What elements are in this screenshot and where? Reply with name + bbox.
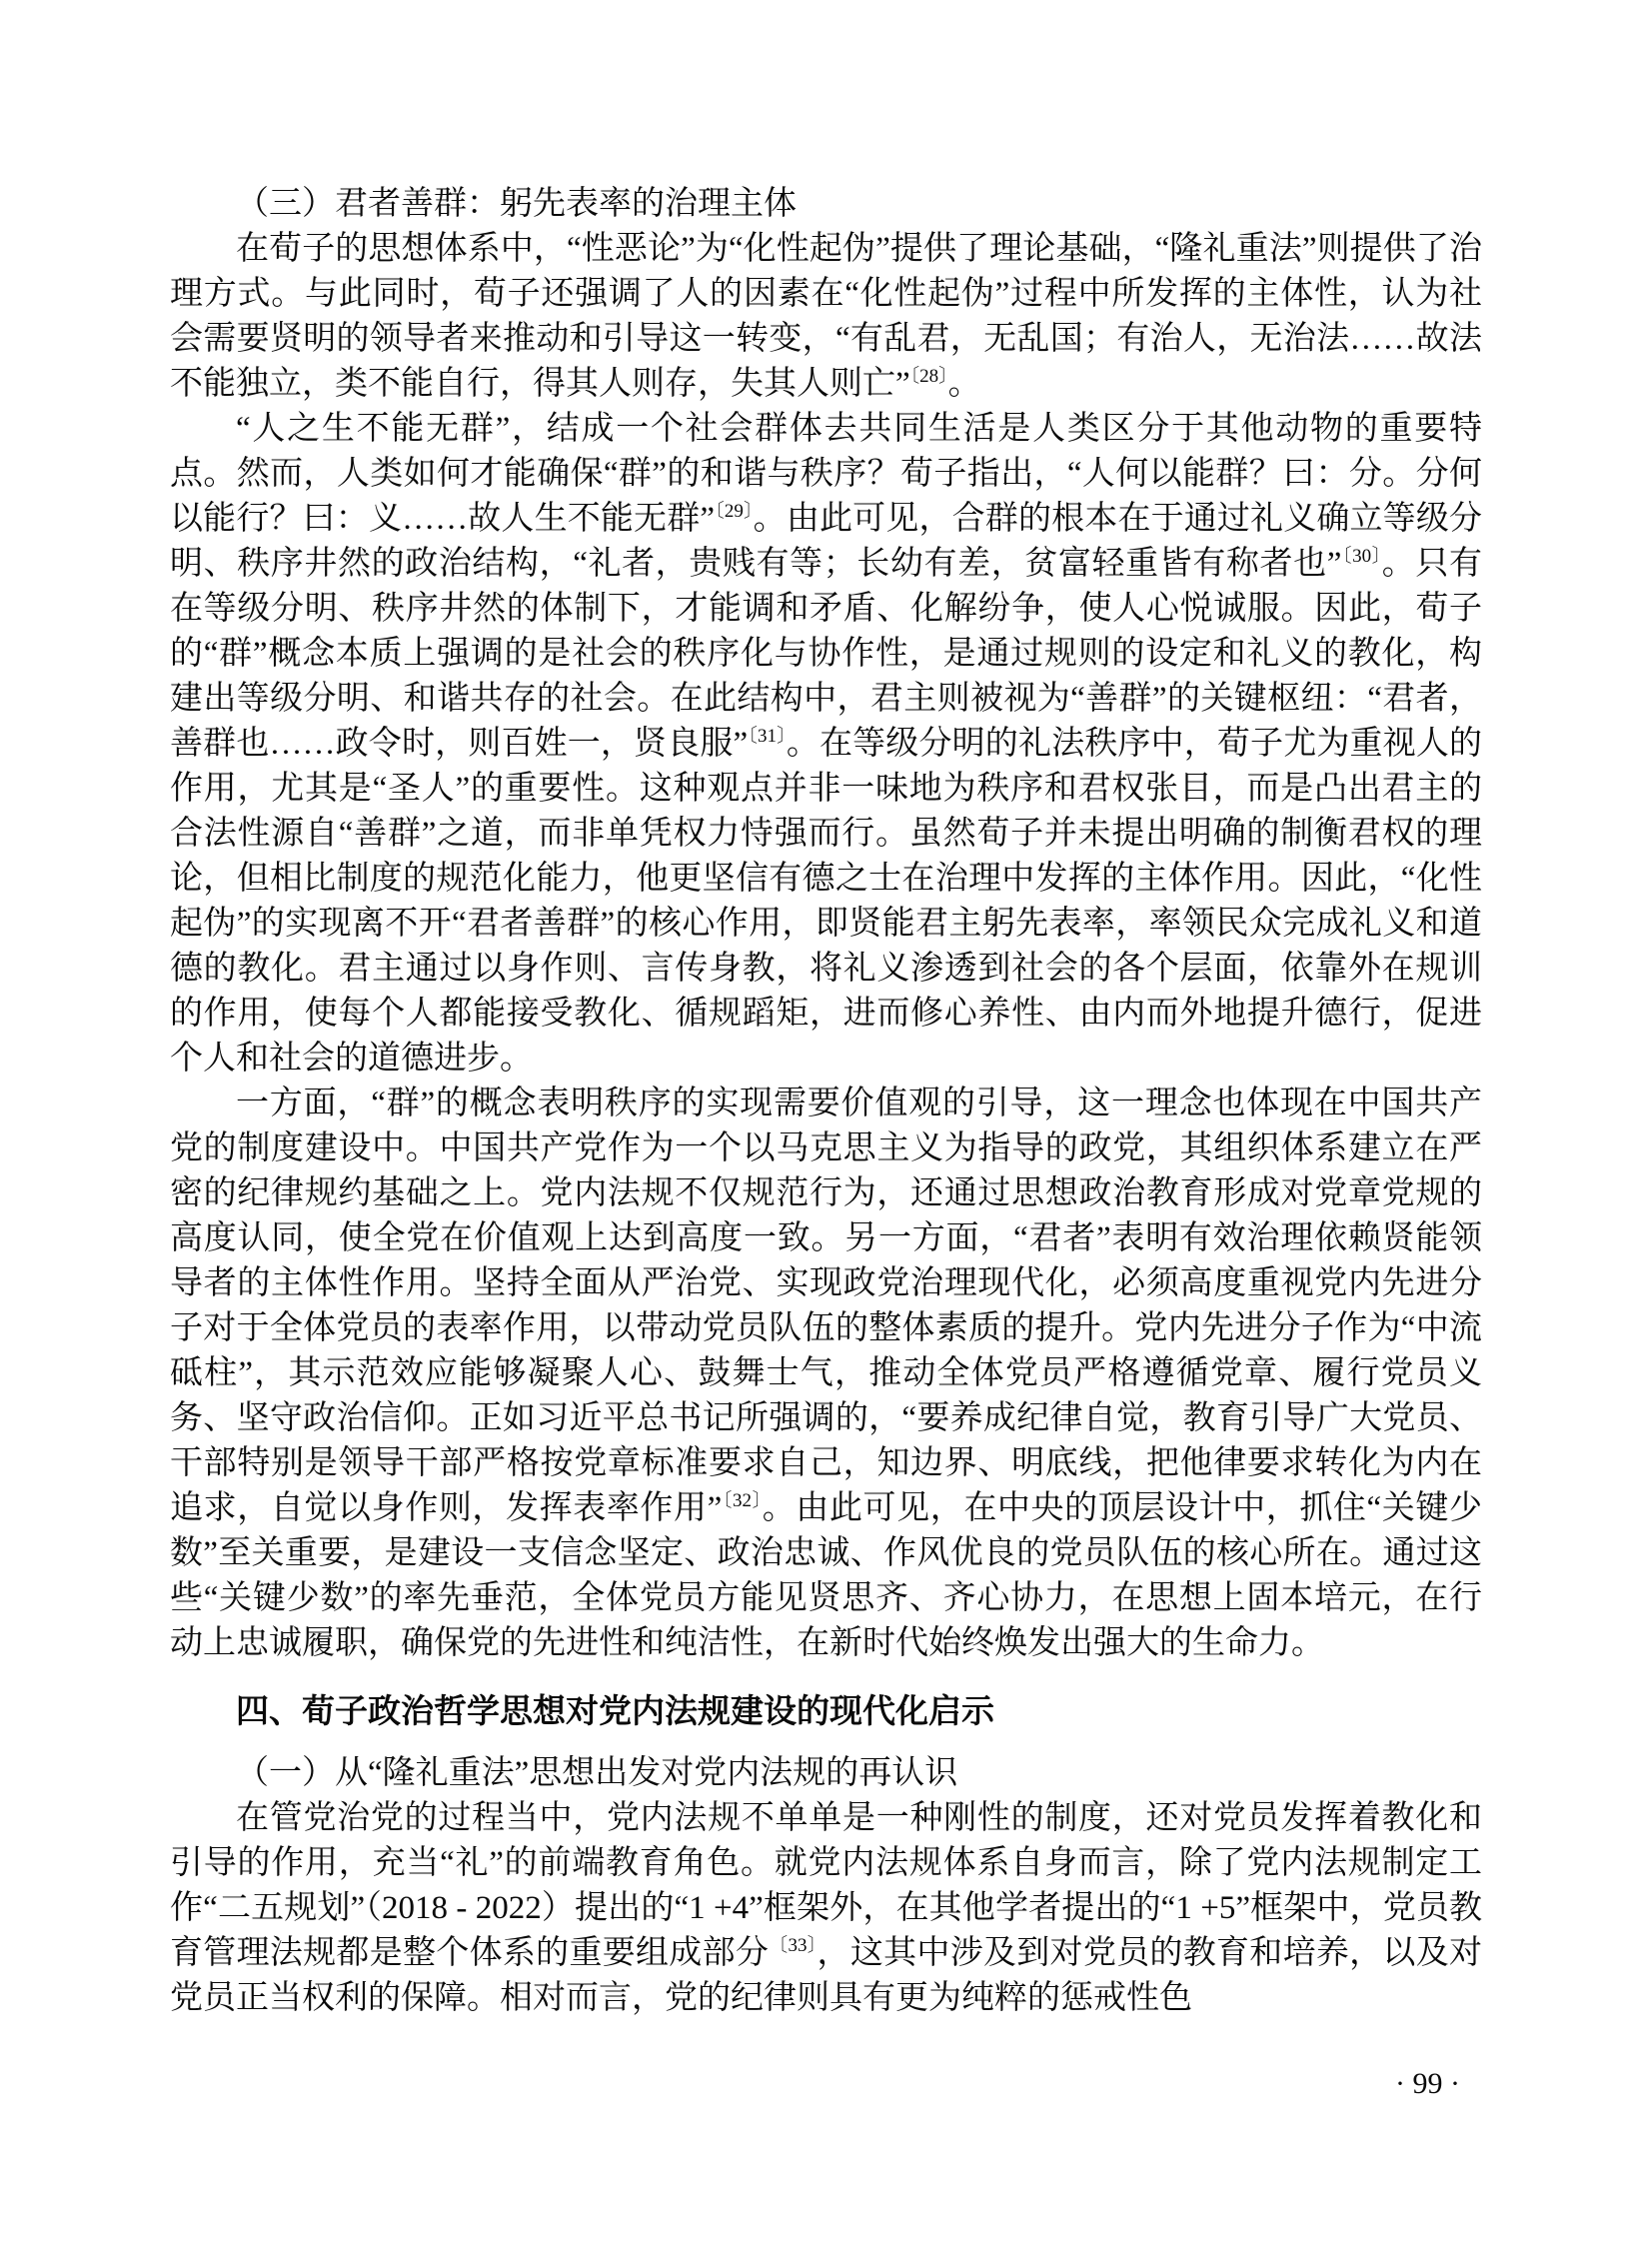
body-paragraph: 一方面，“群”的概念表明秩序的实现需要价值观的引导，这一理念也体现在中国共产党的… xyxy=(170,1082,1482,1666)
text-run: 。 xyxy=(948,366,981,402)
page-number: · 99 · xyxy=(1395,2067,1460,2101)
section-heading: 四、荀子政治哲学思想对党内法规建设的现代化启示 xyxy=(170,1688,1482,1733)
footnote-ref: 〔32〕 xyxy=(722,1490,762,1511)
body-paragraph: 在管党治党的过程当中，党内法规不单单是一种刚性的制度，还对党员发挥着教化和引导的… xyxy=(170,1796,1482,2021)
subsection-heading: （一）从“隆礼重法”思想出发对党内法规的再认识 xyxy=(170,1751,1482,1796)
footnote-ref: 〔33〕 xyxy=(769,1935,817,1956)
footnote-ref: 〔31〕 xyxy=(748,726,787,747)
document-page: （三）君者善群：躬先表率的治理主体在荀子的思想体系中，“性恶论”为“化性起伪”提… xyxy=(0,0,1652,2243)
subsection-heading: （三）君者善群：躬先表率的治理主体 xyxy=(170,182,1482,227)
body-paragraph: “人之生不能无群”，结成一个社会群体去共同生活是人类区分于其他动物的重要特点。然… xyxy=(170,407,1482,1082)
footnote-ref: 〔28〕 xyxy=(910,366,948,387)
document-body: （三）君者善群：躬先表率的治理主体在荀子的思想体系中，“性恶论”为“化性起伪”提… xyxy=(170,182,1482,2021)
text-run: 在荀子的思想体系中，“性恶论”为“化性起伪”提供了理论基础，“隆礼重法”则提供了… xyxy=(170,231,1482,402)
footnote-ref: 〔30〕 xyxy=(1341,546,1381,567)
footnote-ref: 〔29〕 xyxy=(715,501,754,522)
body-paragraph: 在荀子的思想体系中，“性恶论”为“化性起伪”提供了理论基础，“隆礼重法”则提供了… xyxy=(170,227,1482,407)
text-run: 。在等级分明的礼法秩序中，荀子尤为重视人的作用，尤其是“圣人”的重要性。这种观点… xyxy=(170,726,1482,1077)
text-run: 一方面，“群”的概念表明秩序的实现需要价值观的引导，这一理念也体现在中国共产党的… xyxy=(170,1086,1482,1526)
